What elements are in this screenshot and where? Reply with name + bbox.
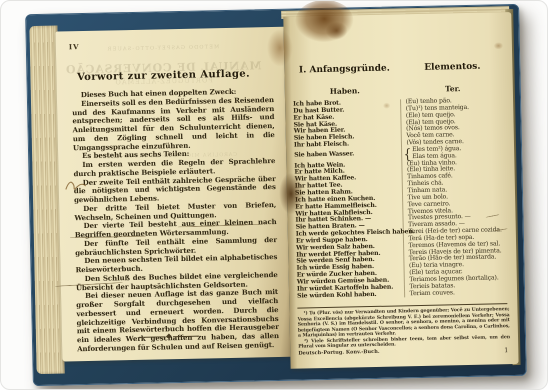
bleed-through-text: METODO GASPEY-OTTO-SAUER: [56, 43, 270, 53]
running-footer: Deutsch-Portug. Konv.-Buch.: [298, 349, 379, 359]
footnotes: ¹) Tu (Plur. vós) nur Verwandten und Kin…: [297, 307, 510, 350]
cell-portuguese: Teriam couves.: [404, 289, 511, 298]
left-page: METODO GASPEY-OTTO-SAUER MANUAL DE CONVE…: [56, 27, 291, 362]
left-page-number: IV: [69, 42, 80, 51]
column-header-german: Haben.: [291, 85, 399, 96]
photo-of-open-book: METODO GASPEY-OTTO-SAUER MANUAL DE CONVE…: [0, 0, 548, 390]
section-titles: I. Anfangsgründe. Elementos.: [290, 61, 506, 76]
column-headers: Haben. Ter.: [291, 83, 507, 97]
preface-title: Vorwort zur zweiten Auflage.: [56, 68, 270, 83]
preface-paragraphs: Dieses Buch hat einen doppelten Zweck: E…: [72, 87, 279, 354]
preface-paragraph: Bei dieser neuen Auflage ist das ganze B…: [76, 288, 279, 353]
preface-paragraph: Einerseits soll es den Bedürfnissen des …: [72, 96, 275, 153]
book: METODO GASPEY-OTTO-SAUER MANUAL DE CONVE…: [25, 4, 527, 386]
portuguese-line: Teriam couves.: [410, 290, 455, 298]
right-page-number: 1: [504, 346, 508, 354]
handwritten-margin-mark: [64, 177, 88, 193]
section-title-portuguese: Elementos.: [398, 61, 506, 73]
cell-german: Sie haben Wasser.: [294, 151, 401, 160]
translation-table: Ich habe Brot. (Eu) tenho pão. Du hast B…: [293, 97, 510, 300]
footnote: ¹) Tu (Plur. vós) nur Verwandten und Kin…: [297, 307, 510, 339]
brace-glyph: {: [404, 147, 412, 161]
section-title-german: I. Anfangsgründe.: [290, 63, 398, 75]
cell-german: Sie würden Kohl haben.: [297, 291, 404, 300]
column-header-portuguese: Ter.: [399, 83, 507, 94]
right-page: I. Anfangsgründe. Elementos. Haben. Ter.…: [283, 12, 518, 369]
